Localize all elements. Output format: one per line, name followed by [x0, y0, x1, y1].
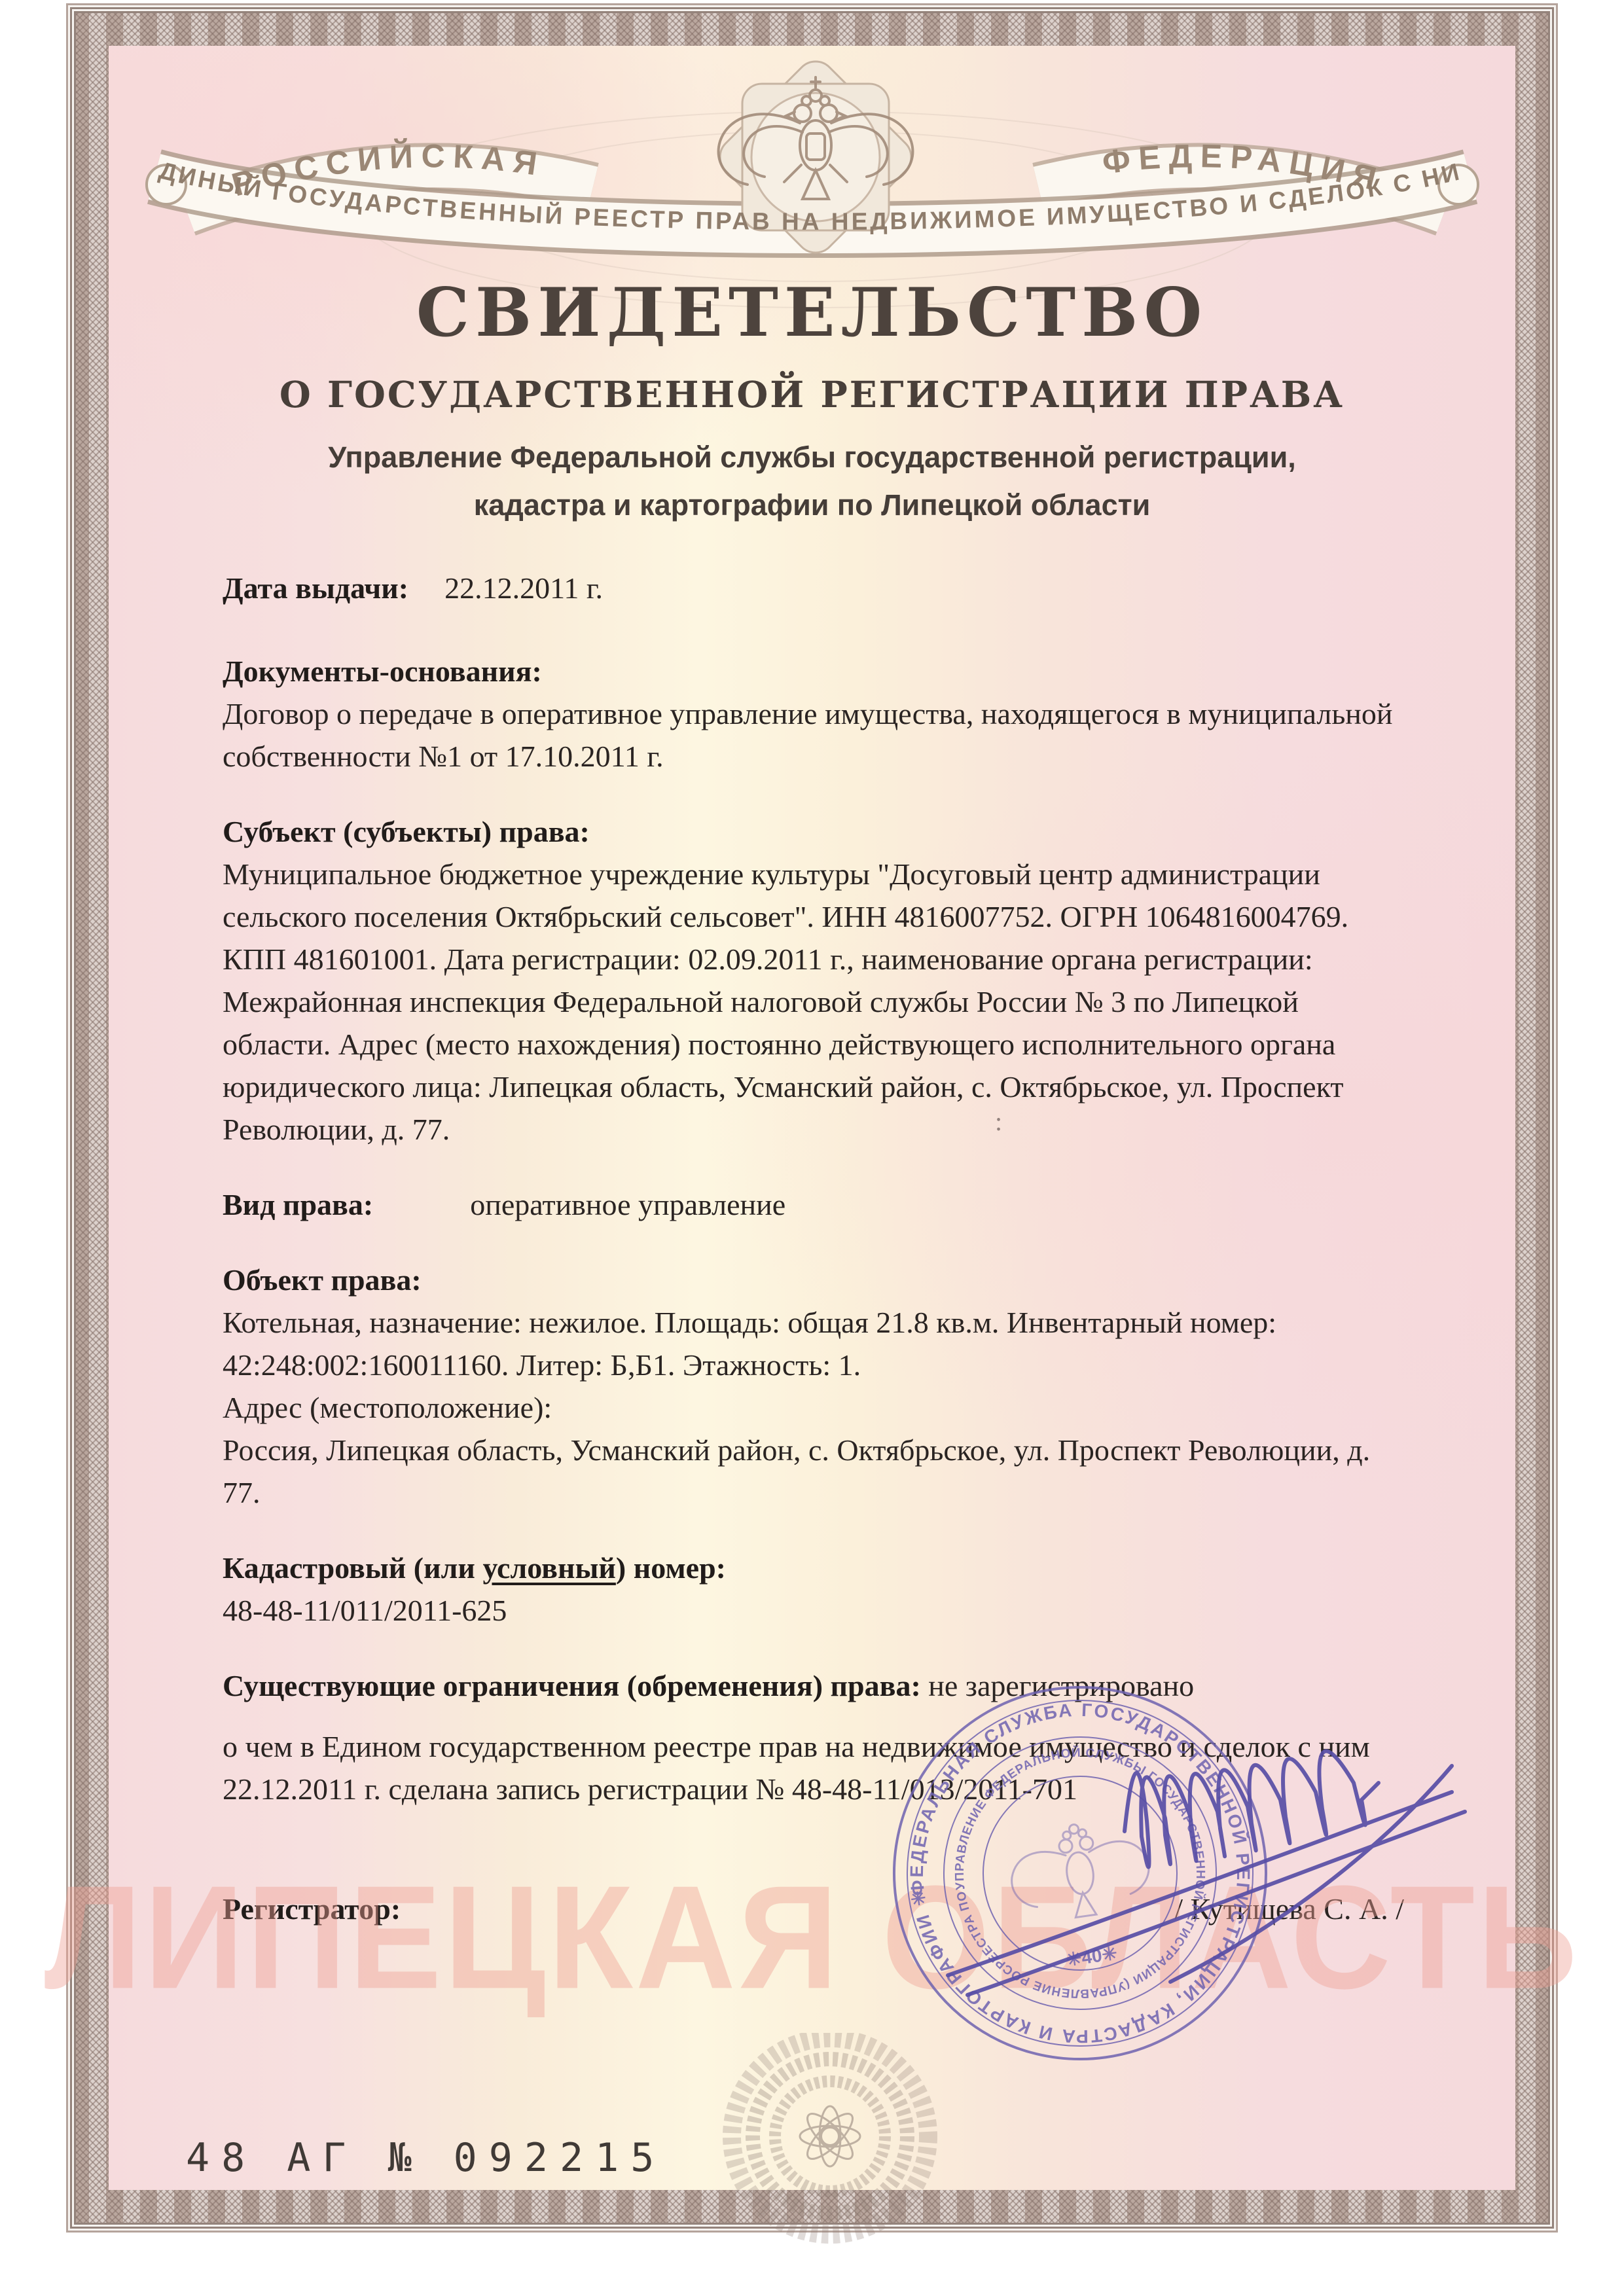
object-text: Котельная, назначение: нежилое. Площадь:…: [223, 1301, 1404, 1386]
cadastral-label-underlined: условный: [482, 1551, 615, 1585]
scan-artifact-colon: :: [995, 1106, 1002, 1137]
form-number-value: 092215: [454, 2135, 666, 2181]
right-kind-value: оперативное управление: [470, 1188, 785, 1221]
cadastral-label-suffix: ) номер:: [616, 1551, 726, 1585]
certificate-page: РОССИЙСКАЯ ФЕДЕРАЦИЯ ЕДИНЫЙ ГОСУДАРСТВЕН…: [0, 0, 1624, 2296]
issue-date-value: 22.12.2011 г.: [444, 571, 603, 605]
numero-sign: №: [388, 2135, 424, 2181]
object-label-row: Объект права:: [223, 1259, 1404, 1301]
certificate-subtitle: О ГОСУДАРСТВЕННОЙ РЕГИСТРАЦИИ ПРАВА: [109, 373, 1515, 416]
object-address-label: Адрес (местоположение):: [223, 1386, 1404, 1429]
issue-date-row: Дата выдачи:22.12.2011 г.: [223, 567, 1404, 609]
certificate-title: СВИДЕТЕЛЬСТВО: [109, 274, 1515, 352]
guilloche-rosette: [693, 2033, 967, 2249]
cadastral-label-prefix: Кадастровый (или: [223, 1551, 482, 1585]
subject-text: Муниципальное бюджетное учреждение культ…: [223, 853, 1404, 1151]
issuing-office-line2: кадастра и картографии по Липецкой облас…: [109, 481, 1515, 529]
object-address-text: Россия, Липецкая область, Усманский райо…: [223, 1429, 1404, 1514]
basis-label: Документы-основания:: [223, 655, 542, 688]
issuing-office: Управление Федеральной службы государств…: [109, 433, 1515, 529]
form-number: 48АГ№092215: [186, 2135, 696, 2181]
right-kind-label: Вид права:: [223, 1188, 373, 1221]
object-label: Объект права:: [223, 1263, 422, 1297]
issue-date-label: Дата выдачи:: [223, 571, 408, 605]
restrictions-label: Существующие ограничения (обременения) п…: [223, 1669, 921, 1702]
form-region-code: АГ: [287, 2135, 357, 2181]
basis-text: Договор о передаче в оперативное управле…: [223, 692, 1404, 778]
right-kind-row: Вид права:оперативное управление: [223, 1183, 1404, 1226]
cadastral-label-row: Кадастровый (или условный) номер:: [223, 1547, 1404, 1589]
form-series: 48: [186, 2135, 257, 2181]
basis-label-row: Документы-основания:: [223, 650, 1404, 692]
issuing-office-line1: Управление Федеральной службы государств…: [109, 433, 1515, 481]
subject-label-row: Субъект (субъекты) права:: [223, 810, 1404, 853]
registrar-signature: [909, 1602, 1530, 2034]
subject-label: Субъект (субъекты) права:: [223, 815, 590, 848]
